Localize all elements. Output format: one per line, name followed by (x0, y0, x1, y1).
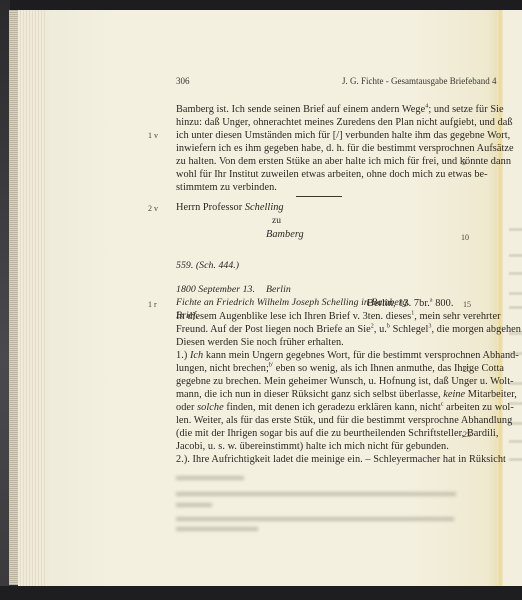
text-line: Jacobi, u. s. w. übereinstimmt) halte ic… (176, 441, 449, 452)
footnote-blurred (176, 503, 212, 507)
address-city: Bamberg (266, 229, 304, 240)
text-line: mann, die ich nun in dieser Rüksicht gan… (176, 389, 517, 400)
line-number: 20 (463, 365, 471, 374)
text-line: len. Weiter, als für das erste Stük, und… (176, 415, 512, 426)
text-line: wohl für Ihr Institut zuweilen etwas arb… (176, 169, 488, 180)
text-line: inwiefern ich es ihm gegeben habe, d. h.… (176, 143, 514, 154)
footnote-blurred (176, 527, 258, 531)
margin-folio: 1 r (148, 300, 157, 309)
line-number: 10 (461, 233, 469, 242)
address-zu: zu (272, 216, 281, 226)
text-line: lungen, nicht brechen;b' eben so wenig, … (176, 363, 504, 374)
text-line: gegebne zu brechen. Mein geheimer Wunsch… (176, 376, 514, 387)
text-line: Bamberg ist. Ich sende seinen Brief auf … (176, 104, 504, 115)
line-number: 15 (463, 300, 471, 309)
text-line: stimmtem zu verbinden. (176, 182, 277, 193)
margin-folio: 2 v (148, 204, 158, 213)
footnote-blurred (176, 492, 456, 496)
text-line: 2.). Ihre Aufrichtigkeit ladet die meini… (176, 454, 506, 465)
margin-folio: 1 v (148, 131, 158, 140)
text-line: Freund. Auf der Post liegen noch Briefe … (176, 324, 522, 335)
text-line: In diesem Augenblike lese ich Ihren Brie… (176, 311, 501, 322)
footnote-blurred (176, 476, 244, 480)
line-number: 25 (463, 430, 471, 439)
text-line: zu halten. Von dem ersten Stüke an aber … (176, 156, 511, 167)
letter-place: Berlin (266, 284, 291, 295)
address-recipient: Herrn Professor Schelling (176, 202, 284, 213)
running-title: J. G. Fichte - Gesamtausgabe Briefeband … (342, 76, 496, 86)
text-line: 1.) Ich kann mein Ungern gegebnes Wort, … (176, 350, 519, 361)
divider-rule (296, 196, 342, 197)
letter-date: 1800 September 13. (176, 284, 255, 295)
footnote-blurred (176, 517, 454, 521)
text-line: ich unter diesen Umständen mich für [/] … (176, 130, 510, 141)
text-line: oder solche finden, mit denen ich gerade… (176, 402, 514, 413)
letter-number: 559. (Sch. 444.) (176, 260, 239, 271)
text-line: (die mit der Ihrigen sogar bis auf die z… (176, 428, 498, 439)
page-content: 306 J. G. Fichte - Gesamtausgabe Briefeb… (0, 0, 522, 600)
line-number: 5 (462, 158, 466, 167)
text-line: Diesen werden Sie noch früher erhalten. (176, 337, 344, 348)
page-number: 306 (176, 76, 190, 86)
text-line: hinzu: daß Unger, ohnerachtet meines Zur… (176, 117, 513, 128)
dateline: Berlin, 13. 7br.a 800. (367, 298, 453, 309)
